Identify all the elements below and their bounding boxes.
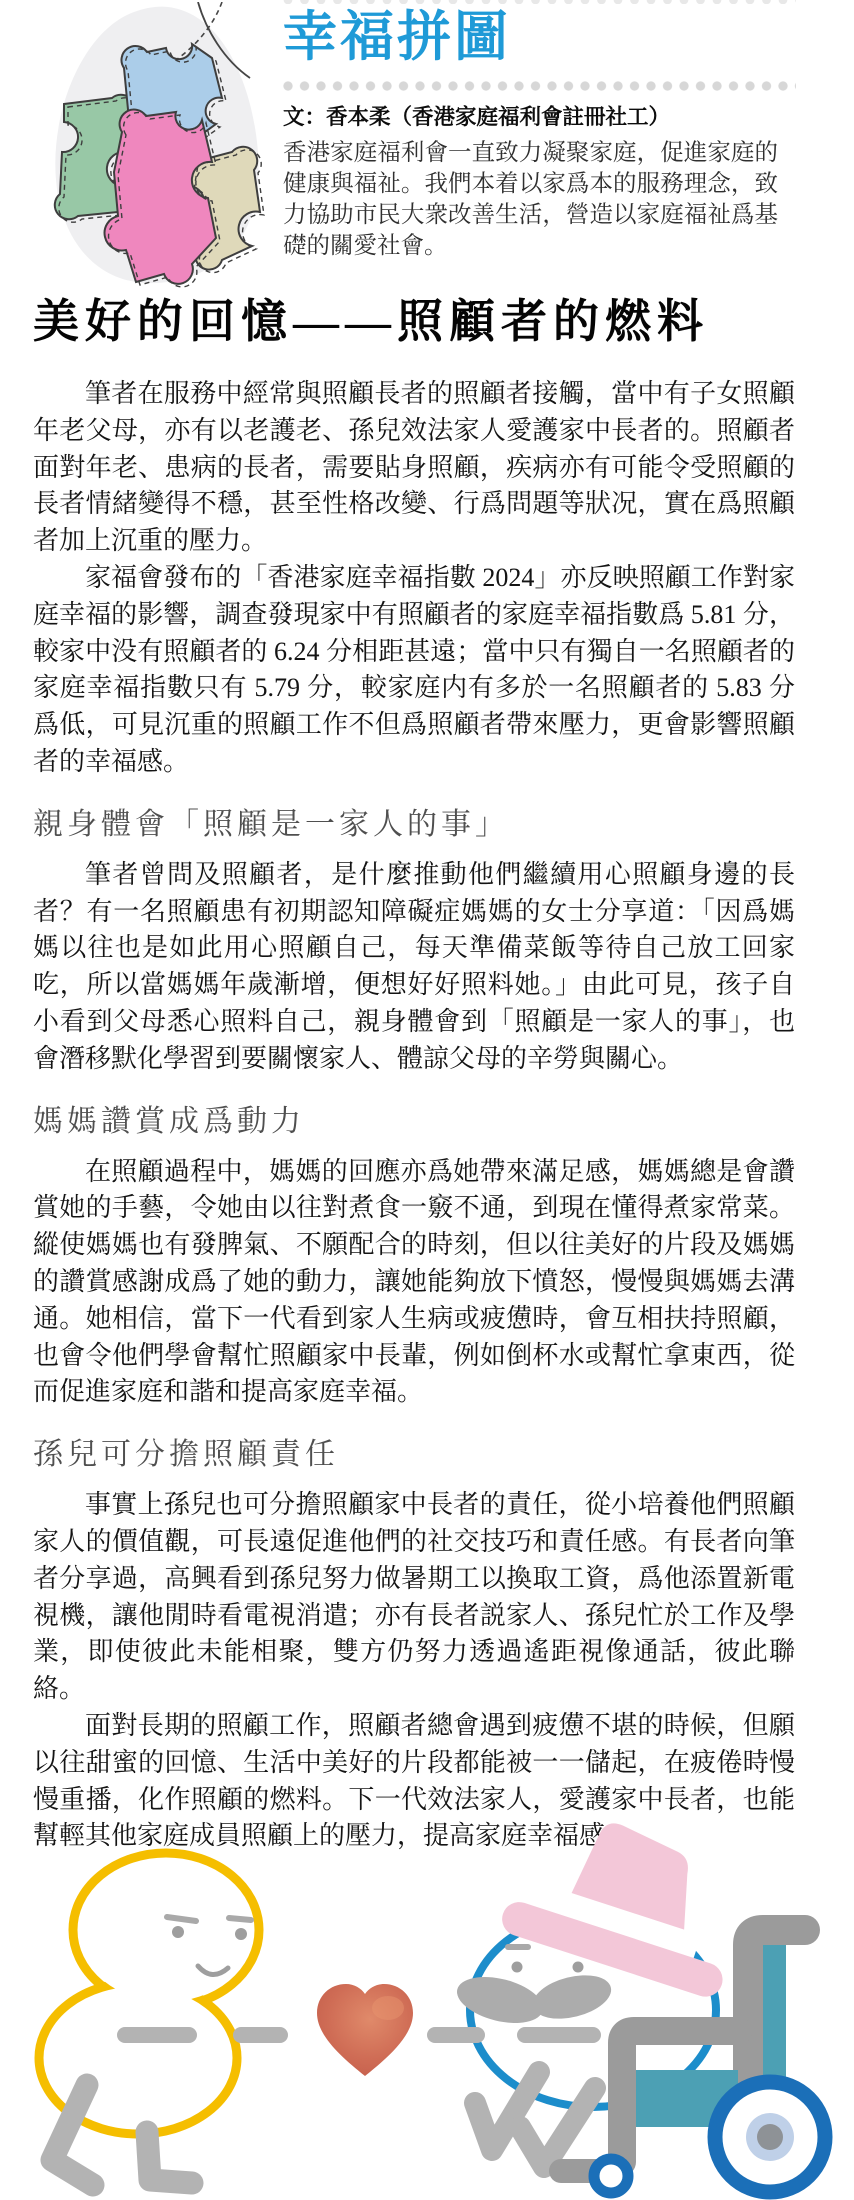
article-body: 美好的回憶——照顧者的燃料 筆者在服務中經常與照顧長者的照顧者接觸，當中有子女照… [33,294,795,1855]
intro-text: 香港家庭福利會一直致力凝聚家庭，促進家庭的健康與福祉。我們本着以家爲本的服務理念… [283,137,778,261]
section-heading-mother-praise: 媽媽讚賞成爲動力 [33,1104,795,1140]
dotted-divider [283,81,796,91]
page-title: 幸福拼圖 [283,8,796,66]
caregiver-figure [39,1853,288,2185]
section-heading-family-matter: 親身體會「照顧是一家人的事」 [33,807,795,843]
elder-eye [512,1962,523,1973]
paragraph: 家福會發布的「香港家庭幸福指數 2024」亦反映照顧工作對家庭幸福的影響，調查發… [33,560,795,781]
elder-eyebrow [505,1944,531,1950]
article-headline: 美好的回憶——照顧者的燃料 [33,294,795,350]
bottom-illustration [0,1810,854,2200]
section-heading-grandchildren: 孫兒可分擔照顧責任 [33,1437,795,1473]
article-page: 幸福拼圖 文：香本柔（香港家庭福利會註冊社工） 香港家庭福利會一直致力凝聚家庭，… [0,0,854,2200]
caregiver-eyebrows [167,1917,196,1921]
heart-icon [317,1984,413,2076]
elder-arm [427,2027,485,2043]
paragraph: 筆者在服務中經常與照顧長者的照顧者接觸，當中有子女照顧年老父母，亦有以老護老、孫… [33,376,795,560]
caregiver-arm [117,2027,197,2043]
puzzle-illustration [26,2,274,294]
top-dotted-divider [283,0,796,4]
masthead: 幸福拼圖 文：香本柔（香港家庭福利會註冊社工） 香港家庭福利會一直致力凝聚家庭，… [283,0,796,261]
wheel-axle [757,2124,783,2150]
paragraph: 事實上孫兒也可分擔照顧家中長者的責任，從小培養他們照顧家人的價值觀，可長遠促進他… [33,1487,795,1708]
caster-wheel-icon [594,2159,628,2193]
paragraph: 在照顧過程中，媽媽的回應亦爲她帶來滿足感，媽媽總是會讚賞她的手藝，令她由以往對煮… [33,1154,795,1412]
paragraph: 筆者曾問及照顧者，是什麼推動他們繼續用心照顧身邊的長者？有一名照顧患有初期認知障… [33,857,795,1078]
caregiver-eye [172,1926,184,1938]
byline: 文：香本柔（香港家庭福利會註冊社工） [283,104,796,130]
